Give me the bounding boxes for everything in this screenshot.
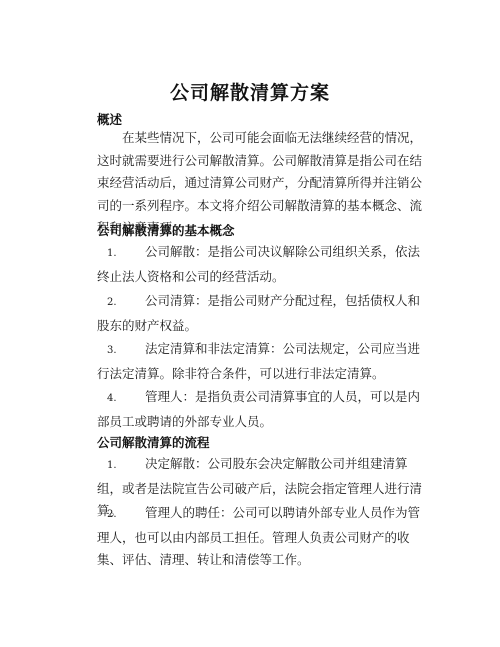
list-item-text: 管理人的聘任：公司可以聘请外部专业人员作为管理人，也可以由内部员工担任。管理人负… — [97, 505, 420, 567]
concept-item-3: 3.法定清算和非法定清算：公司法规定，公司应当进行法定清算。除非符合条件，可以进… — [97, 338, 427, 385]
list-number: 4. — [97, 388, 145, 411]
document-title: 公司解散清算方案 — [0, 78, 500, 105]
section-heading-process: 公司解散清算的流程 — [97, 433, 210, 451]
list-number: 3. — [97, 340, 145, 363]
list-number: 2. — [97, 504, 145, 527]
list-item-text: 公司解散：是指公司决议解除公司组织关系，依法终止法人资格和公司的经营活动。 — [97, 244, 420, 284]
document-page: 公司解散清算方案 概述 在某些情况下，公司可能会面临无法继续经营的情况，这时就需… — [0, 0, 500, 647]
list-item-text: 管理人：是指负责公司清算事宜的人员，可以是内部员工或聘请的外部专业人员。 — [97, 389, 420, 429]
concept-item-1: 1.公司解散：是指公司决议解除公司组织关系，依法终止法人资格和公司的经营活动。 — [97, 241, 427, 288]
list-item-text: 公司清算：是指公司财产分配过程，包括债权人和股东的财产权益。 — [97, 293, 420, 333]
process-item-2: 2.管理人的聘任：公司可以聘请外部专业人员作为管理人，也可以由内部员工担任。管理… — [97, 502, 427, 572]
list-number: 2. — [97, 292, 145, 315]
concept-item-2: 2.公司清算：是指公司财产分配过程，包括债权人和股东的财产权益。 — [97, 290, 427, 337]
section-heading-overview: 概述 — [97, 110, 122, 128]
list-number: 1. — [97, 455, 145, 478]
section-heading-concepts: 公司解散清算的基本概念 — [97, 221, 235, 239]
list-item-text: 法定清算和非法定清算：公司法规定，公司应当进行法定清算。除非符合条件，可以进行非… — [97, 341, 420, 381]
list-number: 1. — [97, 243, 145, 266]
concept-item-4: 4.管理人：是指负责公司清算事宜的人员，可以是内部员工或聘请的外部专业人员。 — [97, 386, 427, 433]
